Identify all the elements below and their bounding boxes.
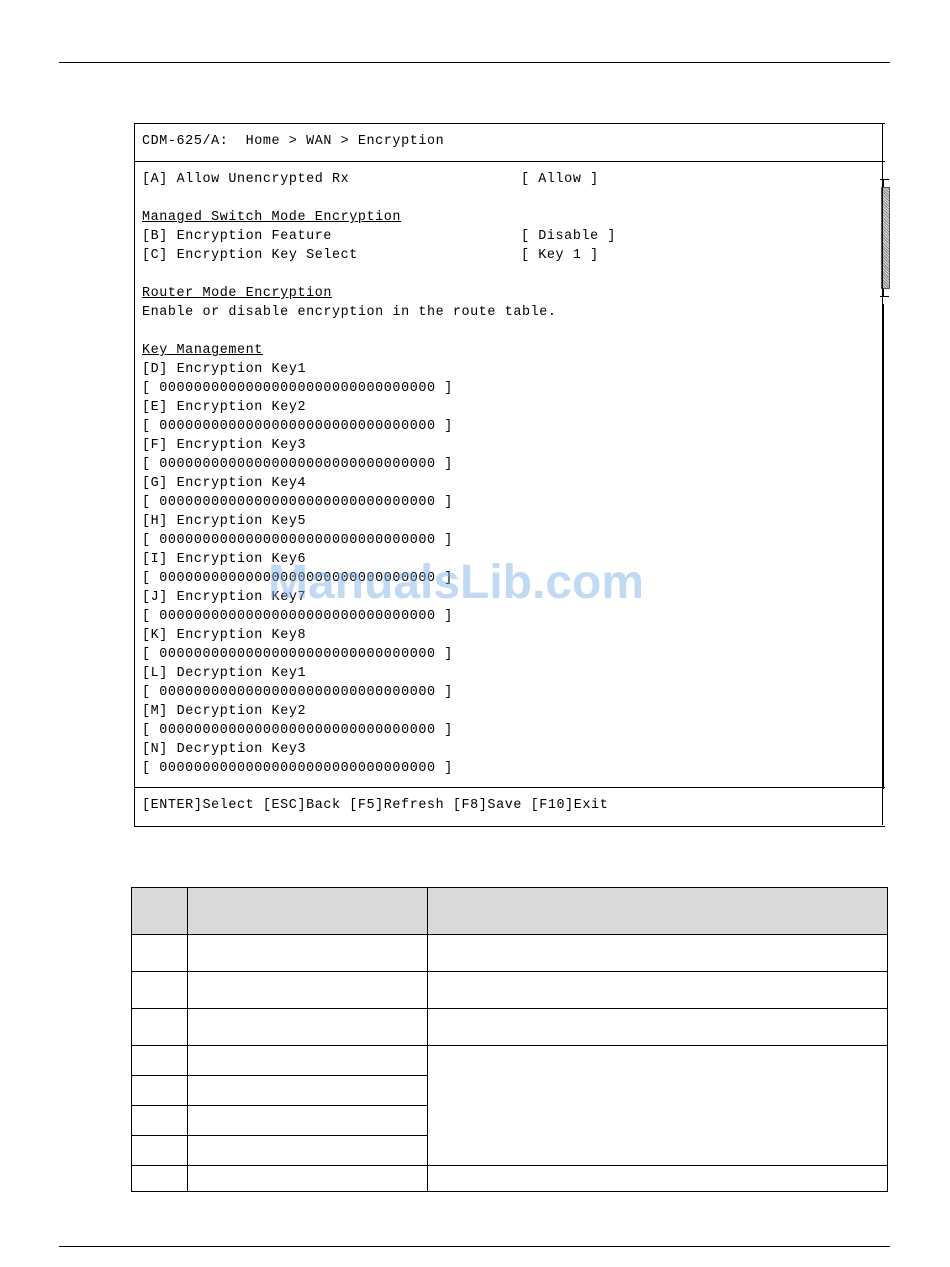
- item-key: [B]: [142, 229, 168, 244]
- encryption-feature-value[interactable]: [ Disable ]: [521, 227, 616, 246]
- table-cell: [132, 1106, 188, 1136]
- section-router-mode: Router Mode Encryption: [142, 284, 332, 303]
- allow-unencrypted-value[interactable]: [ Allow ]: [521, 170, 599, 189]
- section-key-management: Key Management: [142, 341, 263, 360]
- menu-item-allow-unencrypted[interactable]: [A] Allow Unencrypted Rx: [142, 170, 349, 189]
- menu-item-key[interactable]: [H] Encryption Key5: [142, 512, 306, 531]
- table-header-row: [132, 888, 888, 935]
- table-row: [132, 935, 888, 972]
- key-value[interactable]: [ 00000000000000000000000000000000 ]: [142, 683, 453, 702]
- item-label: Encryption Key1: [177, 362, 307, 377]
- table-cell: [132, 1076, 188, 1106]
- header-cell: [428, 888, 888, 935]
- item-key: [J]: [142, 590, 168, 605]
- item-key: [H]: [142, 514, 168, 529]
- table-cell: [428, 935, 888, 972]
- key-value[interactable]: [ 00000000000000000000000000000000 ]: [142, 721, 453, 740]
- key-value[interactable]: [ 00000000000000000000000000000000 ]: [142, 493, 453, 512]
- table-cell: [188, 1076, 428, 1106]
- item-key: [M]: [142, 704, 168, 719]
- item-key: [N]: [142, 742, 168, 757]
- menu-item-key[interactable]: [K] Encryption Key8: [142, 626, 306, 645]
- table-row: [132, 1166, 888, 1192]
- table-cell: [188, 1009, 428, 1046]
- function-key-bar: [ENTER]Select [ESC]Back [F5]Refresh [F8]…: [142, 796, 608, 815]
- item-label: Encryption Key8: [177, 628, 307, 643]
- menu-item-key[interactable]: [D] Encryption Key1: [142, 360, 306, 379]
- header-cell: [132, 888, 188, 935]
- watermark: ManualsLib.com: [268, 555, 644, 610]
- breadcrumb: CDM-625/A: Home > WAN > Encryption: [142, 132, 444, 151]
- table-cell: [188, 972, 428, 1009]
- table-merged-cell: [428, 1046, 888, 1166]
- table-cell: [132, 935, 188, 972]
- table-cell: [188, 1136, 428, 1166]
- terminal-screen: CDM-625/A: Home > WAN > Encryption [A] A…: [134, 123, 885, 827]
- key-value[interactable]: [ 00000000000000000000000000000000 ]: [142, 417, 453, 436]
- header-cell: [188, 888, 428, 935]
- item-key: [L]: [142, 666, 168, 681]
- table-cell: [132, 1009, 188, 1046]
- scrollbar[interactable]: [879, 179, 889, 297]
- table-cell: [132, 1136, 188, 1166]
- item-label: Encryption Key3: [177, 438, 307, 453]
- key-value[interactable]: [ 00000000000000000000000000000000 ]: [142, 645, 453, 664]
- key-value[interactable]: [ 00000000000000000000000000000000 ]: [142, 379, 453, 398]
- table-cell: [188, 1166, 428, 1192]
- table-cell: [188, 1046, 428, 1076]
- key-value[interactable]: [ 00000000000000000000000000000000 ]: [142, 531, 453, 550]
- item-key: [K]: [142, 628, 168, 643]
- item-key: [A]: [142, 172, 168, 187]
- header-separator: [135, 161, 885, 162]
- item-key: [I]: [142, 552, 168, 567]
- table-cell: [428, 1009, 888, 1046]
- item-key: [F]: [142, 438, 168, 453]
- table-cell: [132, 1046, 188, 1076]
- key-value[interactable]: [ 00000000000000000000000000000000 ]: [142, 455, 453, 474]
- item-key: [D]: [142, 362, 168, 377]
- table-row: [132, 1009, 888, 1046]
- table-cell: [188, 1106, 428, 1136]
- description-table: [131, 887, 888, 1192]
- menu-item-key[interactable]: [G] Encryption Key4: [142, 474, 306, 493]
- item-key: [E]: [142, 400, 168, 415]
- terminal-right-border: [882, 123, 883, 825]
- item-label: Allow Unencrypted Rx: [177, 172, 350, 187]
- header-rule: [59, 62, 890, 63]
- table-cell: [132, 972, 188, 1009]
- item-label: Encryption Key5: [177, 514, 307, 529]
- router-mode-description: Enable or disable encryption in the rout…: [142, 303, 557, 322]
- item-key: [C]: [142, 248, 168, 263]
- item-key: [G]: [142, 476, 168, 491]
- item-label: Encryption Key2: [177, 400, 307, 415]
- item-label: Encryption Key Select: [177, 248, 358, 263]
- table-row: [132, 972, 888, 1009]
- menu-item-key[interactable]: [N] Decryption Key3: [142, 740, 306, 759]
- menu-item-key[interactable]: [F] Encryption Key3: [142, 436, 306, 455]
- table-row: [132, 1046, 888, 1076]
- key-value[interactable]: [ 00000000000000000000000000000000 ]: [142, 759, 453, 778]
- encryption-key-select-value[interactable]: [ Key 1 ]: [521, 246, 599, 265]
- footer-rule: [59, 1246, 890, 1247]
- item-label: Decryption Key2: [177, 704, 307, 719]
- table-cell: [132, 1166, 188, 1192]
- item-label: Encryption Key4: [177, 476, 307, 491]
- table-cell: [188, 935, 428, 972]
- menu-item-encryption-key-select[interactable]: [C] Encryption Key Select: [142, 246, 358, 265]
- section-managed-switch: Managed Switch Mode Encryption: [142, 208, 401, 227]
- item-label: Encryption Feature: [177, 229, 332, 244]
- menu-item-key[interactable]: [M] Decryption Key2: [142, 702, 306, 721]
- menu-item-key[interactable]: [L] Decryption Key1: [142, 664, 306, 683]
- menu-item-key[interactable]: [E] Encryption Key2: [142, 398, 306, 417]
- table-cell: [428, 972, 888, 1009]
- footer-separator: [135, 787, 885, 788]
- table-cell: [428, 1166, 888, 1192]
- item-label: Decryption Key3: [177, 742, 307, 757]
- menu-item-encryption-feature[interactable]: [B] Encryption Feature: [142, 227, 332, 246]
- item-label: Decryption Key1: [177, 666, 307, 681]
- scrollbar-lower-line: [883, 304, 884, 789]
